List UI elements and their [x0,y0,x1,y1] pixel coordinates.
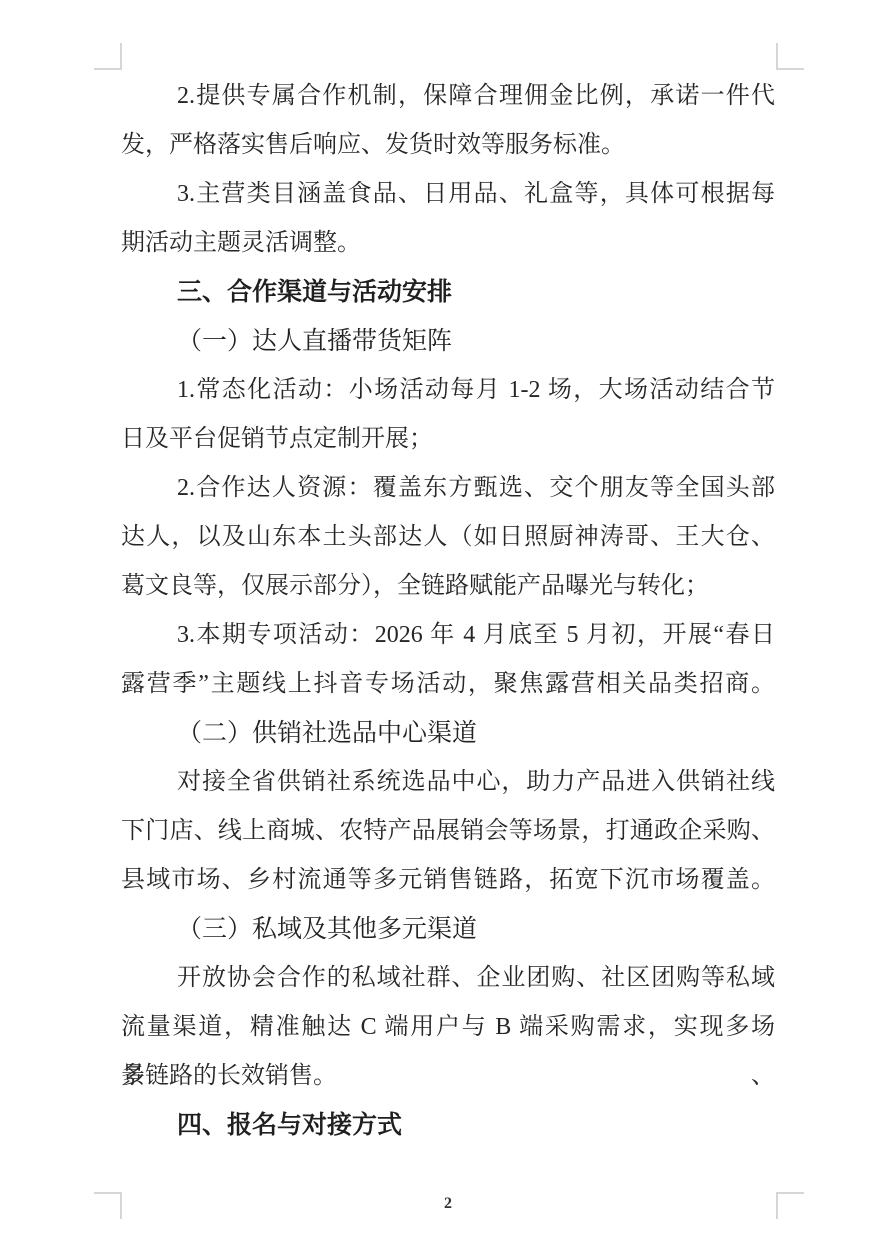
crop-mark-top-left [94,43,122,70]
body-text-line: 下门店、线上商城、农特产品展销会等场景，打通政企采购、 [121,807,775,856]
body-text-line: 发，严格落实售后响应、发货时效等服务标准。 [121,121,775,170]
body-text-line: 3.主营类目涵盖食品、日用品、礼盒等，具体可根据每 [121,170,775,219]
body-text-line: 流量渠道，精准触达 C 端用户与 B 端采购需求，实现多场景、 [121,1003,775,1052]
body-text-line: 2.提供专属合作机制，保障合理佣金比例，承诺一件代 [121,72,775,121]
section-heading-line: 四、报名与对接方式 [121,1101,775,1150]
section-heading-line: 三、合作渠道与活动安排 [121,268,775,317]
body-text-line: 期活动主题灵活调整。 [121,219,775,268]
subsection-heading-line: （三）私域及其他多元渠道 [121,905,775,954]
body-text-line: 1.常态化活动：小场活动每月 1-2 场，大场活动结合节 [121,366,775,415]
body-text-line: 露营季”主题线上抖音专场活动，聚焦露营相关品类招商。 [121,660,775,709]
document-page: 2.提供专属合作机制，保障合理佣金比例，承诺一件代发，严格落实售后响应、发货时效… [0,0,880,1259]
document-body: 2.提供专属合作机制，保障合理佣金比例，承诺一件代发，严格落实售后响应、发货时效… [121,72,775,1150]
body-text-line: 葛文良等，仅展示部分），全链路赋能产品曝光与转化； [121,562,775,611]
body-text-line: 开放协会合作的私域社群、企业团购、社区团购等私域 [121,954,775,1003]
body-text-line: 日及平台促销节点定制开展； [121,415,775,464]
subsection-heading-line: （一）达人直播带货矩阵 [121,317,775,366]
body-text-line: 达人，以及山东本土头部达人（如日照厨神涛哥、王大仓、 [121,513,775,562]
crop-mark-bottom-right [776,1192,804,1219]
crop-mark-top-right [776,43,804,70]
body-text-line: 3.本期专项活动：2026 年 4 月底至 5 月初，开展“春日 [121,611,775,660]
page-number: 2 [121,1192,775,1216]
body-text-line: 2.合作达人资源：覆盖东方甄选、交个朋友等全国头部 [121,464,775,513]
body-text-line: 县域市场、乡村流通等多元销售链路，拓宽下沉市场覆盖。 [121,856,775,905]
body-text-line: 对接全省供销社系统选品中心，助力产品进入供销社线 [121,758,775,807]
crop-mark-bottom-left [94,1192,122,1219]
subsection-heading-line: （二）供销社选品中心渠道 [121,709,775,758]
